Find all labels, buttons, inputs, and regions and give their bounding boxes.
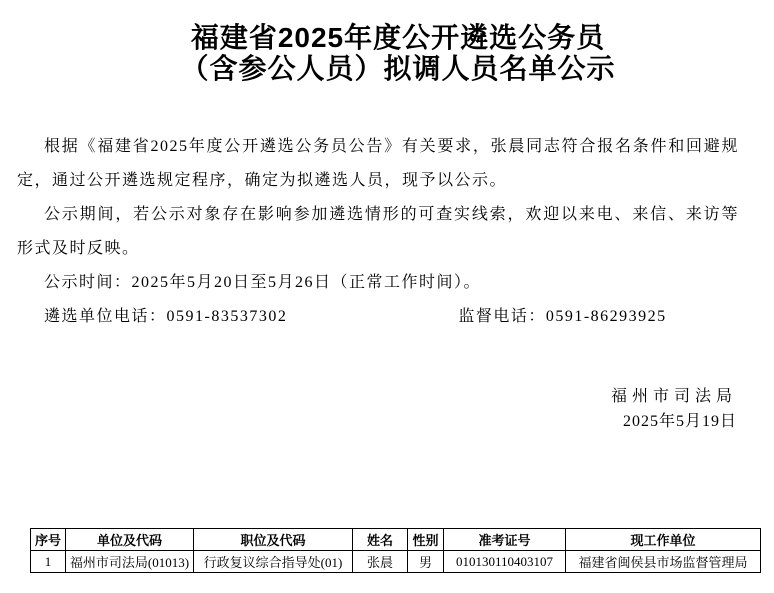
signature-date: 2025年5月19日 [0, 409, 737, 434]
supervision-phone: 监督电话：0591-86293925 [458, 308, 666, 325]
title-line-2: （含参公人员）拟调人员名单公示 [22, 53, 774, 84]
selection-unit-phone: 遴选单位电话：0591-83537302 [44, 308, 287, 325]
signature-block: 福州市司法局 2025年5月19日 [0, 384, 774, 434]
paragraph-feedback: 公示期间，若公示对象存在影响参加遴选情形的可查实线索，欢迎以来电、来信、来访等形… [17, 198, 739, 266]
cell-position-code: 行政复议综合指导处(01) [194, 551, 353, 573]
page-title: 福建省2025年度公开遴选公务员 （含参公人员）拟调人员名单公示 [0, 22, 774, 84]
cell-name: 张晨 [353, 551, 408, 573]
candidate-table: 序号 单位及代码 职位及代码 姓名 性别 准考证号 现工作单位 1 福州市司法局… [30, 528, 761, 573]
col-header-gender: 性别 [408, 529, 444, 551]
cell-admission-number: 010130110403107 [444, 551, 566, 573]
col-header-index: 序号 [31, 529, 66, 551]
cell-gender: 男 [408, 551, 444, 573]
signature-org: 福州市司法局 [0, 384, 737, 409]
cell-current-employer: 福建省闽侯县市场监督管理局 [566, 551, 761, 573]
paragraph-eligibility: 根据《福建省2025年度公开遴选公务员公告》有关要求，张晨同志符合报名条件和回避… [17, 130, 739, 198]
paragraph-phones: 遴选单位电话：0591-83537302 监督电话：0591-86293925 [17, 300, 739, 334]
title-line-1: 福建省2025年度公开遴选公务员 [22, 22, 774, 53]
col-header-position-code: 职位及代码 [194, 529, 353, 551]
cell-unit-code: 福州市司法局(01013) [66, 551, 194, 573]
col-header-current-employer: 现工作单位 [566, 529, 761, 551]
body-text-block: 根据《福建省2025年度公开遴选公务员公告》有关要求，张晨同志符合报名条件和回避… [0, 130, 774, 334]
col-header-admission-number: 准考证号 [444, 529, 566, 551]
table-header-row: 序号 单位及代码 职位及代码 姓名 性别 准考证号 现工作单位 [31, 529, 761, 551]
cell-index: 1 [31, 551, 66, 573]
col-header-name: 姓名 [353, 529, 408, 551]
table-row: 1 福州市司法局(01013) 行政复议综合指导处(01) 张晨 男 01013… [31, 551, 761, 573]
col-header-unit-code: 单位及代码 [66, 529, 194, 551]
announcement-page: 福建省2025年度公开遴选公务员 （含参公人员）拟调人员名单公示 根据《福建省2… [0, 0, 774, 593]
paragraph-publicity-period: 公示时间：2025年5月20日至5月26日（正常工作时间）。 [17, 266, 739, 300]
